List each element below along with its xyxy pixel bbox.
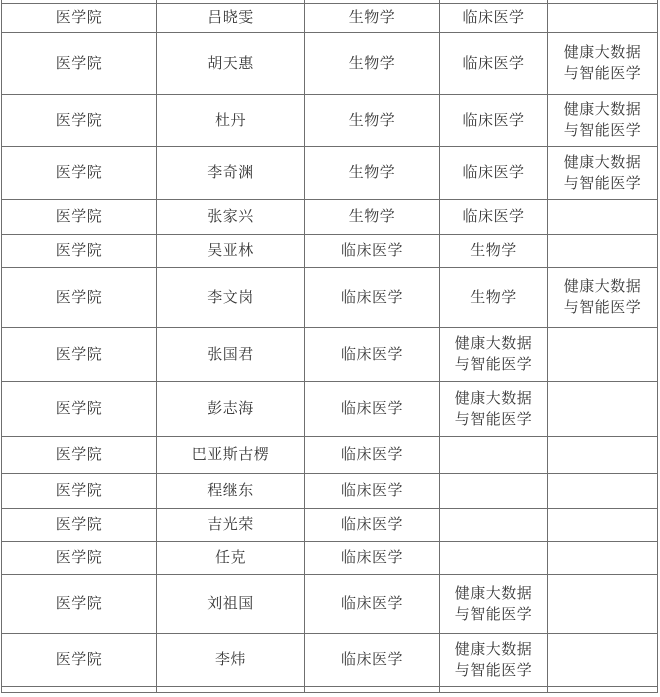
table-row-partial-bottom [2, 686, 658, 692]
name-cell: 胡天惠 [157, 32, 305, 94]
subject1-cell: 临床医学 [305, 267, 440, 327]
college-cell: 医学院 [2, 381, 157, 436]
table-row: 医学院 杜丹 生物学 临床医学 健康大数据 与智能医学 [2, 94, 658, 146]
table-row: 医学院 彭志海 临床医学 健康大数据 与智能医学 [2, 381, 658, 436]
subject1-cell: 临床医学 [305, 381, 440, 436]
subject2-cell: 临床医学 [440, 32, 548, 94]
subject3-cell [548, 234, 658, 267]
subject1-cell: 临床医学 [305, 436, 440, 473]
subject2-cell: 健康大数据 与智能医学 [440, 574, 548, 633]
subject2-cell [440, 686, 548, 692]
subject3-cell [548, 327, 658, 381]
table-row: 医学院 李炜 临床医学 健康大数据 与智能医学 [2, 633, 658, 686]
college-cell: 医学院 [2, 473, 157, 508]
subject3-cell: 健康大数据 与智能医学 [548, 146, 658, 199]
name-cell: 任克 [157, 541, 305, 574]
subject2-cell [440, 508, 548, 541]
subject1-cell: 临床医学 [305, 327, 440, 381]
subject3-cell [548, 574, 658, 633]
college-cell: 医学院 [2, 234, 157, 267]
subject1-cell: 临床医学 [305, 473, 440, 508]
name-cell: 吉光荣 [157, 508, 305, 541]
name-cell: 李奇渊 [157, 146, 305, 199]
table-row: 医学院 任克 临床医学 [2, 541, 658, 574]
name-cell: 程继东 [157, 473, 305, 508]
subject2-cell: 临床医学 [440, 3, 548, 32]
name-cell: 张国君 [157, 327, 305, 381]
subject1-cell: 生物学 [305, 94, 440, 146]
subject2-cell: 健康大数据 与智能医学 [440, 327, 548, 381]
subject3-cell [548, 633, 658, 686]
subject2-cell: 生物学 [440, 234, 548, 267]
subject1-cell: 临床医学 [305, 508, 440, 541]
subject3-cell [548, 3, 658, 32]
subject2-cell: 临床医学 [440, 199, 548, 234]
table-row: 医学院 李文岗 临床医学 生物学 健康大数据 与智能医学 [2, 267, 658, 327]
subject1-cell [305, 686, 440, 692]
subject2-cell [440, 473, 548, 508]
name-cell: 张家兴 [157, 199, 305, 234]
name-cell: 李炜 [157, 633, 305, 686]
subject1-cell: 临床医学 [305, 541, 440, 574]
table-row: 医学院 吕晓雯 生物学 临床医学 [2, 3, 658, 32]
college-cell: 医学院 [2, 327, 157, 381]
name-cell [157, 686, 305, 692]
college-cell: 医学院 [2, 94, 157, 146]
college-cell: 医学院 [2, 146, 157, 199]
subject1-cell: 生物学 [305, 3, 440, 32]
subject2-cell: 生物学 [440, 267, 548, 327]
table-row: 医学院 吉光荣 临床医学 [2, 508, 658, 541]
subject1-cell: 临床医学 [305, 633, 440, 686]
subject3-cell: 健康大数据 与智能医学 [548, 32, 658, 94]
subject1-cell: 生物学 [305, 199, 440, 234]
table-row: 医学院 张国君 临床医学 健康大数据 与智能医学 [2, 327, 658, 381]
subject3-cell: 健康大数据 与智能医学 [548, 267, 658, 327]
table-row: 医学院 胡天惠 生物学 临床医学 健康大数据 与智能医学 [2, 32, 658, 94]
name-cell: 彭志海 [157, 381, 305, 436]
table-row: 医学院 李奇渊 生物学 临床医学 健康大数据 与智能医学 [2, 146, 658, 199]
document-page: 医学院 吕晓雯 生物学 临床医学 医学院 胡天惠 生物学 临床医学 健康大数据 … [0, 0, 660, 697]
college-cell: 医学院 [2, 508, 157, 541]
college-cell: 医学院 [2, 541, 157, 574]
name-cell: 吴亚林 [157, 234, 305, 267]
table-row: 医学院 巴亚斯古楞 临床医学 [2, 436, 658, 473]
subject3-cell [548, 686, 658, 692]
table-row: 医学院 吴亚林 临床医学 生物学 [2, 234, 658, 267]
college-cell: 医学院 [2, 199, 157, 234]
subject2-cell: 健康大数据 与智能医学 [440, 633, 548, 686]
faculty-subject-table: 医学院 吕晓雯 生物学 临床医学 医学院 胡天惠 生物学 临床医学 健康大数据 … [1, 0, 658, 693]
table-row: 医学院 张家兴 生物学 临床医学 [2, 199, 658, 234]
subject1-cell: 生物学 [305, 32, 440, 94]
subject3-cell: 健康大数据 与智能医学 [548, 94, 658, 146]
college-cell: 医学院 [2, 436, 157, 473]
college-cell: 医学院 [2, 3, 157, 32]
subject2-cell: 健康大数据 与智能医学 [440, 381, 548, 436]
name-cell: 吕晓雯 [157, 3, 305, 32]
subject3-cell [548, 381, 658, 436]
subject1-cell: 临床医学 [305, 234, 440, 267]
subject3-cell [548, 508, 658, 541]
name-cell: 李文岗 [157, 267, 305, 327]
college-cell: 医学院 [2, 267, 157, 327]
college-cell: 医学院 [2, 574, 157, 633]
subject3-cell [548, 199, 658, 234]
subject2-cell [440, 541, 548, 574]
table-row: 医学院 程继东 临床医学 [2, 473, 658, 508]
subject3-cell [548, 541, 658, 574]
name-cell: 刘祖国 [157, 574, 305, 633]
college-cell: 医学院 [2, 32, 157, 94]
table-row: 医学院 刘祖国 临床医学 健康大数据 与智能医学 [2, 574, 658, 633]
name-cell: 杜丹 [157, 94, 305, 146]
subject2-cell: 临床医学 [440, 146, 548, 199]
subject3-cell [548, 473, 658, 508]
subject2-cell: 临床医学 [440, 94, 548, 146]
name-cell: 巴亚斯古楞 [157, 436, 305, 473]
college-cell [2, 686, 157, 692]
subject1-cell: 临床医学 [305, 574, 440, 633]
subject3-cell [548, 436, 658, 473]
subject2-cell [440, 436, 548, 473]
subject1-cell: 生物学 [305, 146, 440, 199]
college-cell: 医学院 [2, 633, 157, 686]
